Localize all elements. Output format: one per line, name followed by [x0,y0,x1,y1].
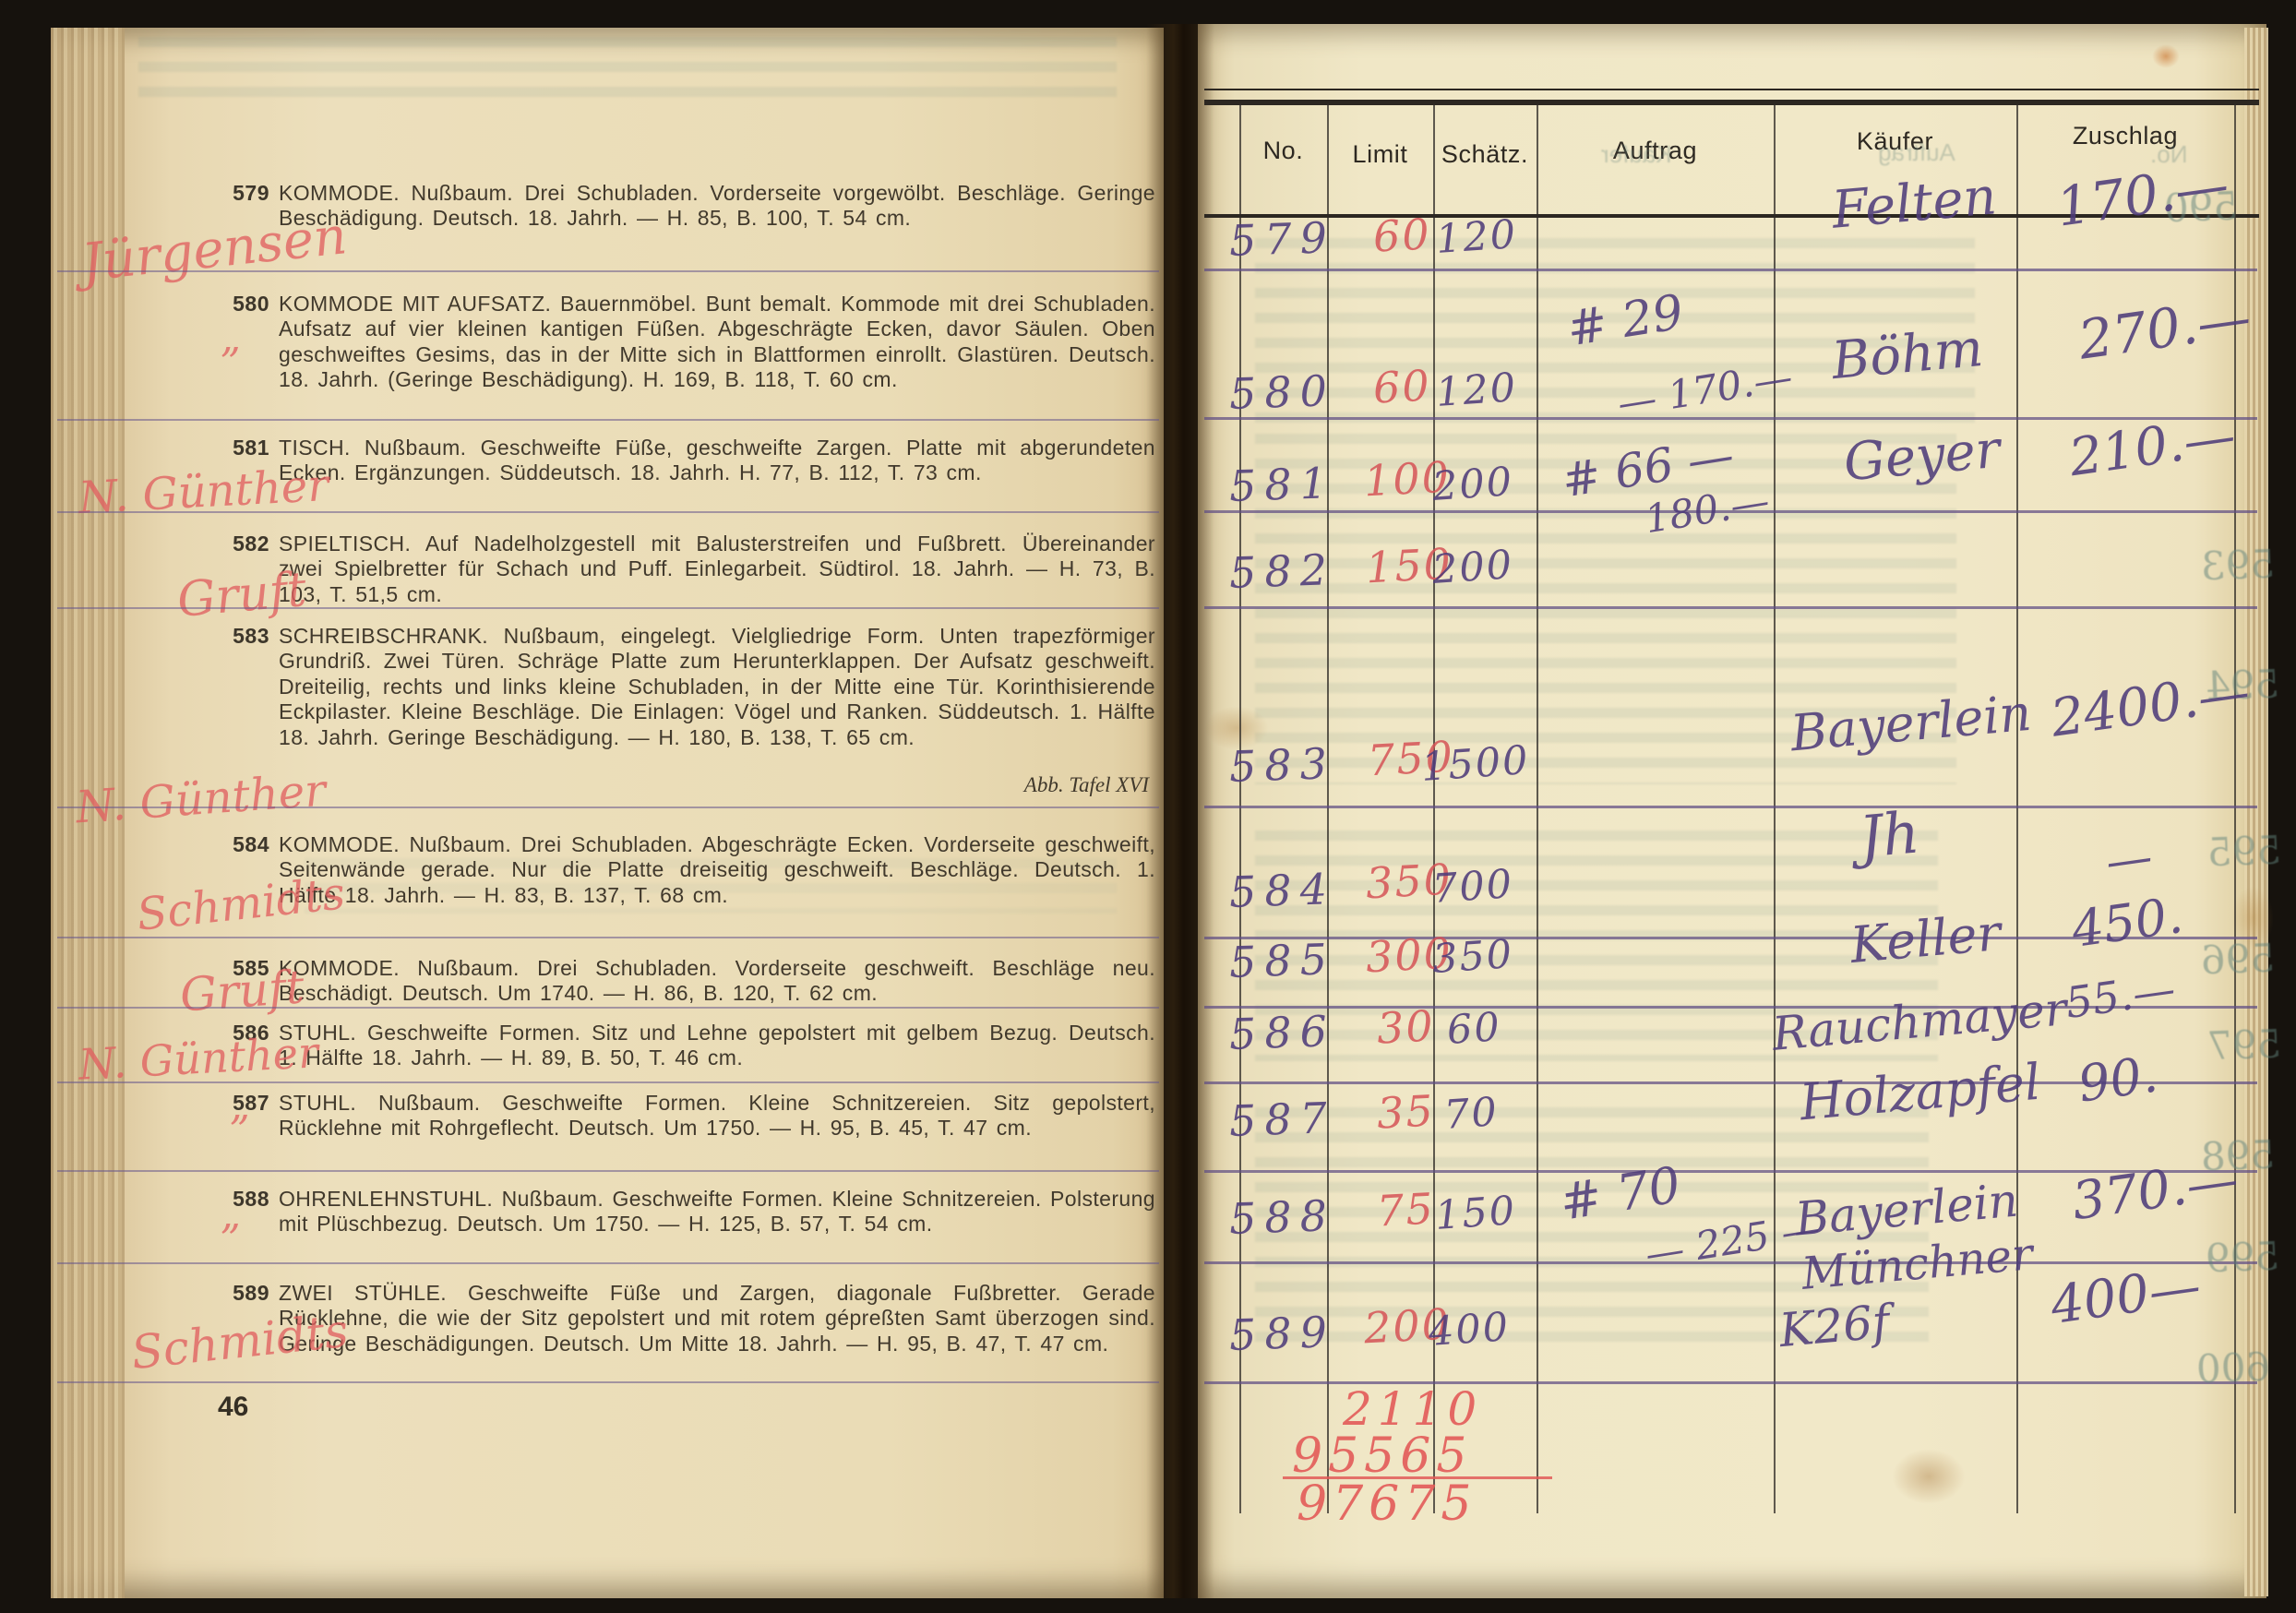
row-divider-line [57,1262,1159,1264]
lot-description: ZWEI STÜHLE. Geschweifte Füße und Zargen… [279,1281,1155,1356]
ledger-estimate: 120 [1434,364,1518,416]
lot-number: 582 [218,532,269,556]
column-header-no: No. [1239,137,1327,165]
lot-number: 589 [218,1281,269,1306]
row-divider-line [1204,606,2257,609]
ledger-lot-number: 583 [1228,738,1336,792]
ledger-buyer-line2: K26f [1777,1295,1892,1357]
lot-description: TISCH. Nußbaum. Geschweifte Füße, geschw… [279,436,1155,486]
ledger-estimate: 700 [1430,861,1514,913]
margin-annotation: Gruft [175,562,309,628]
lot-number: 581 [218,436,269,460]
column-header-schaetz: Schätz. [1433,140,1537,169]
bleedthrough-lot-number: 595 [2206,828,2282,876]
lot-number: 580 [218,292,269,317]
margin-ditto-mark: ” [220,1216,241,1263]
ledger-estimate: 200 [1430,542,1514,593]
lot-description: SCHREIBSCHRANK. Nußbaum, eingelegt. Viel… [279,624,1155,750]
ledger-lot-number: 585 [1228,934,1336,987]
ledger-estimate: 400 [1427,1304,1511,1356]
ledger-hammer-price: 90. [2075,1045,2161,1113]
column-header-zuschlag: Zuschlag [2016,122,2234,150]
bleedthrough-lot-number: 597 [2206,1022,2282,1069]
paper-stain [1892,1449,1966,1504]
bleedthrough-text-block [138,37,1117,111]
book-scan-photo: 579 KOMMODE. Nußbaum. Drei Schubladen. V… [0,0,2296,1613]
row-divider-line [57,511,1159,513]
lot-description: OHRENLEHNSTUHL. Nußbaum. Geschweifte For… [279,1187,1155,1237]
bleedthrough-lot-number: 593 [2200,542,2276,590]
ledger-limit: 35 [1376,1085,1436,1138]
ledger-lot-number: 584 [1228,864,1336,917]
table-column-line [1327,103,1329,1513]
ledger-lot-number: 582 [1228,544,1336,598]
ledger-estimate: 70 [1442,1089,1500,1139]
ledger-lot-number: 586 [1228,1006,1336,1059]
lot-description: STUHL. Nußbaum. Geschweifte Formen. Klei… [279,1091,1155,1141]
ledger-limit: 60 [1372,209,1432,261]
row-divider-line [1204,806,2257,808]
margin-ditto-mark: ” [229,1107,250,1154]
ledger-buyer: Jh [1857,798,1922,870]
ledger-lot-number: 581 [1228,458,1336,511]
ledger-hammer-price: — [2102,830,2156,889]
row-divider-line [1204,417,2257,420]
table-column-line [1774,103,1776,1513]
ledger-lot-number: 588 [1228,1190,1336,1244]
book-gutter-shadow [1146,24,1214,1598]
lot-number: 579 [218,181,269,206]
lot-description: KOMMODE. Nußbaum. Drei Schubladen. Abges… [279,832,1155,908]
table-top-rule [1204,89,2259,90]
ledger-limit: 75 [1376,1183,1436,1236]
table-column-line [1537,103,1538,1513]
row-divider-line [57,1081,1159,1083]
row-divider-line [1204,269,2257,271]
column-header-limit: Limit [1327,140,1433,169]
table-column-line [1239,103,1241,1513]
table-top-rule-thick [1204,100,2259,105]
lot-description: SPIELTISCH. Auf Nadelholzgestell mit Bal… [279,532,1155,607]
row-divider-line [57,607,1159,609]
bleedthrough-lot-number: 600 [2195,1344,2271,1392]
bleedthrough-lot-number: 599 [2205,1234,2280,1282]
table-column-line [2016,103,2018,1513]
row-divider-line [57,1007,1159,1009]
running-total: 95565 [1292,1428,1472,1484]
row-divider-line [57,419,1159,421]
ledger-estimate: 1500 [1419,737,1531,791]
row-divider-line [57,270,1159,272]
row-divider-line [57,806,1159,808]
lot-number: 588 [218,1187,269,1212]
ledger-estimate: 60 [1445,1004,1502,1054]
bleedthrough-lot-number: 596 [2200,936,2276,984]
lot-number: 584 [218,832,269,857]
bleedthrough-header-word: Käufer [1601,140,1672,169]
ledger-limit: 60 [1372,360,1432,412]
lot-description: KOMMODE. Nußbaum. Drei Schubladen. Vorde… [279,956,1155,1007]
ledger-lot-number: 580 [1228,365,1336,419]
row-divider-line [57,937,1159,938]
lot-description: KOMMODE MIT AUFSATZ. Bauernmöbel. Bunt b… [279,292,1155,393]
lot-description: STUHL. Geschweifte Formen. Sitz und Lehn… [279,1021,1155,1071]
grand-total: 97675 [1297,1476,1477,1532]
ledger-lot-number: 589 [1228,1307,1336,1360]
ledger-limit: 30 [1376,1000,1436,1053]
ledger-estimate: 150 [1433,1188,1517,1239]
ledger-estimate: 350 [1430,931,1514,983]
lot-number: 583 [218,624,269,649]
margin-annotation: Gruft [178,960,305,1022]
ledger-estimate: 200 [1430,459,1514,510]
plate-reference: Abb. Tafel XVI [835,773,1149,797]
row-divider-line [57,1381,1159,1383]
ledger-estimate: 120 [1434,211,1518,263]
margin-ditto-mark: ” [220,340,241,387]
paper-stain [2152,44,2180,68]
row-divider-line [57,1170,1159,1172]
ledger-lot-number: 579 [1228,212,1336,266]
page-number: 46 [218,1392,248,1423]
ledger-lot-number: 587 [1228,1093,1336,1146]
bleedthrough-header-word: Auftrag [1878,138,1955,167]
lot-description: KOMMODE. Nußbaum. Drei Schubladen. Vorde… [279,181,1155,232]
